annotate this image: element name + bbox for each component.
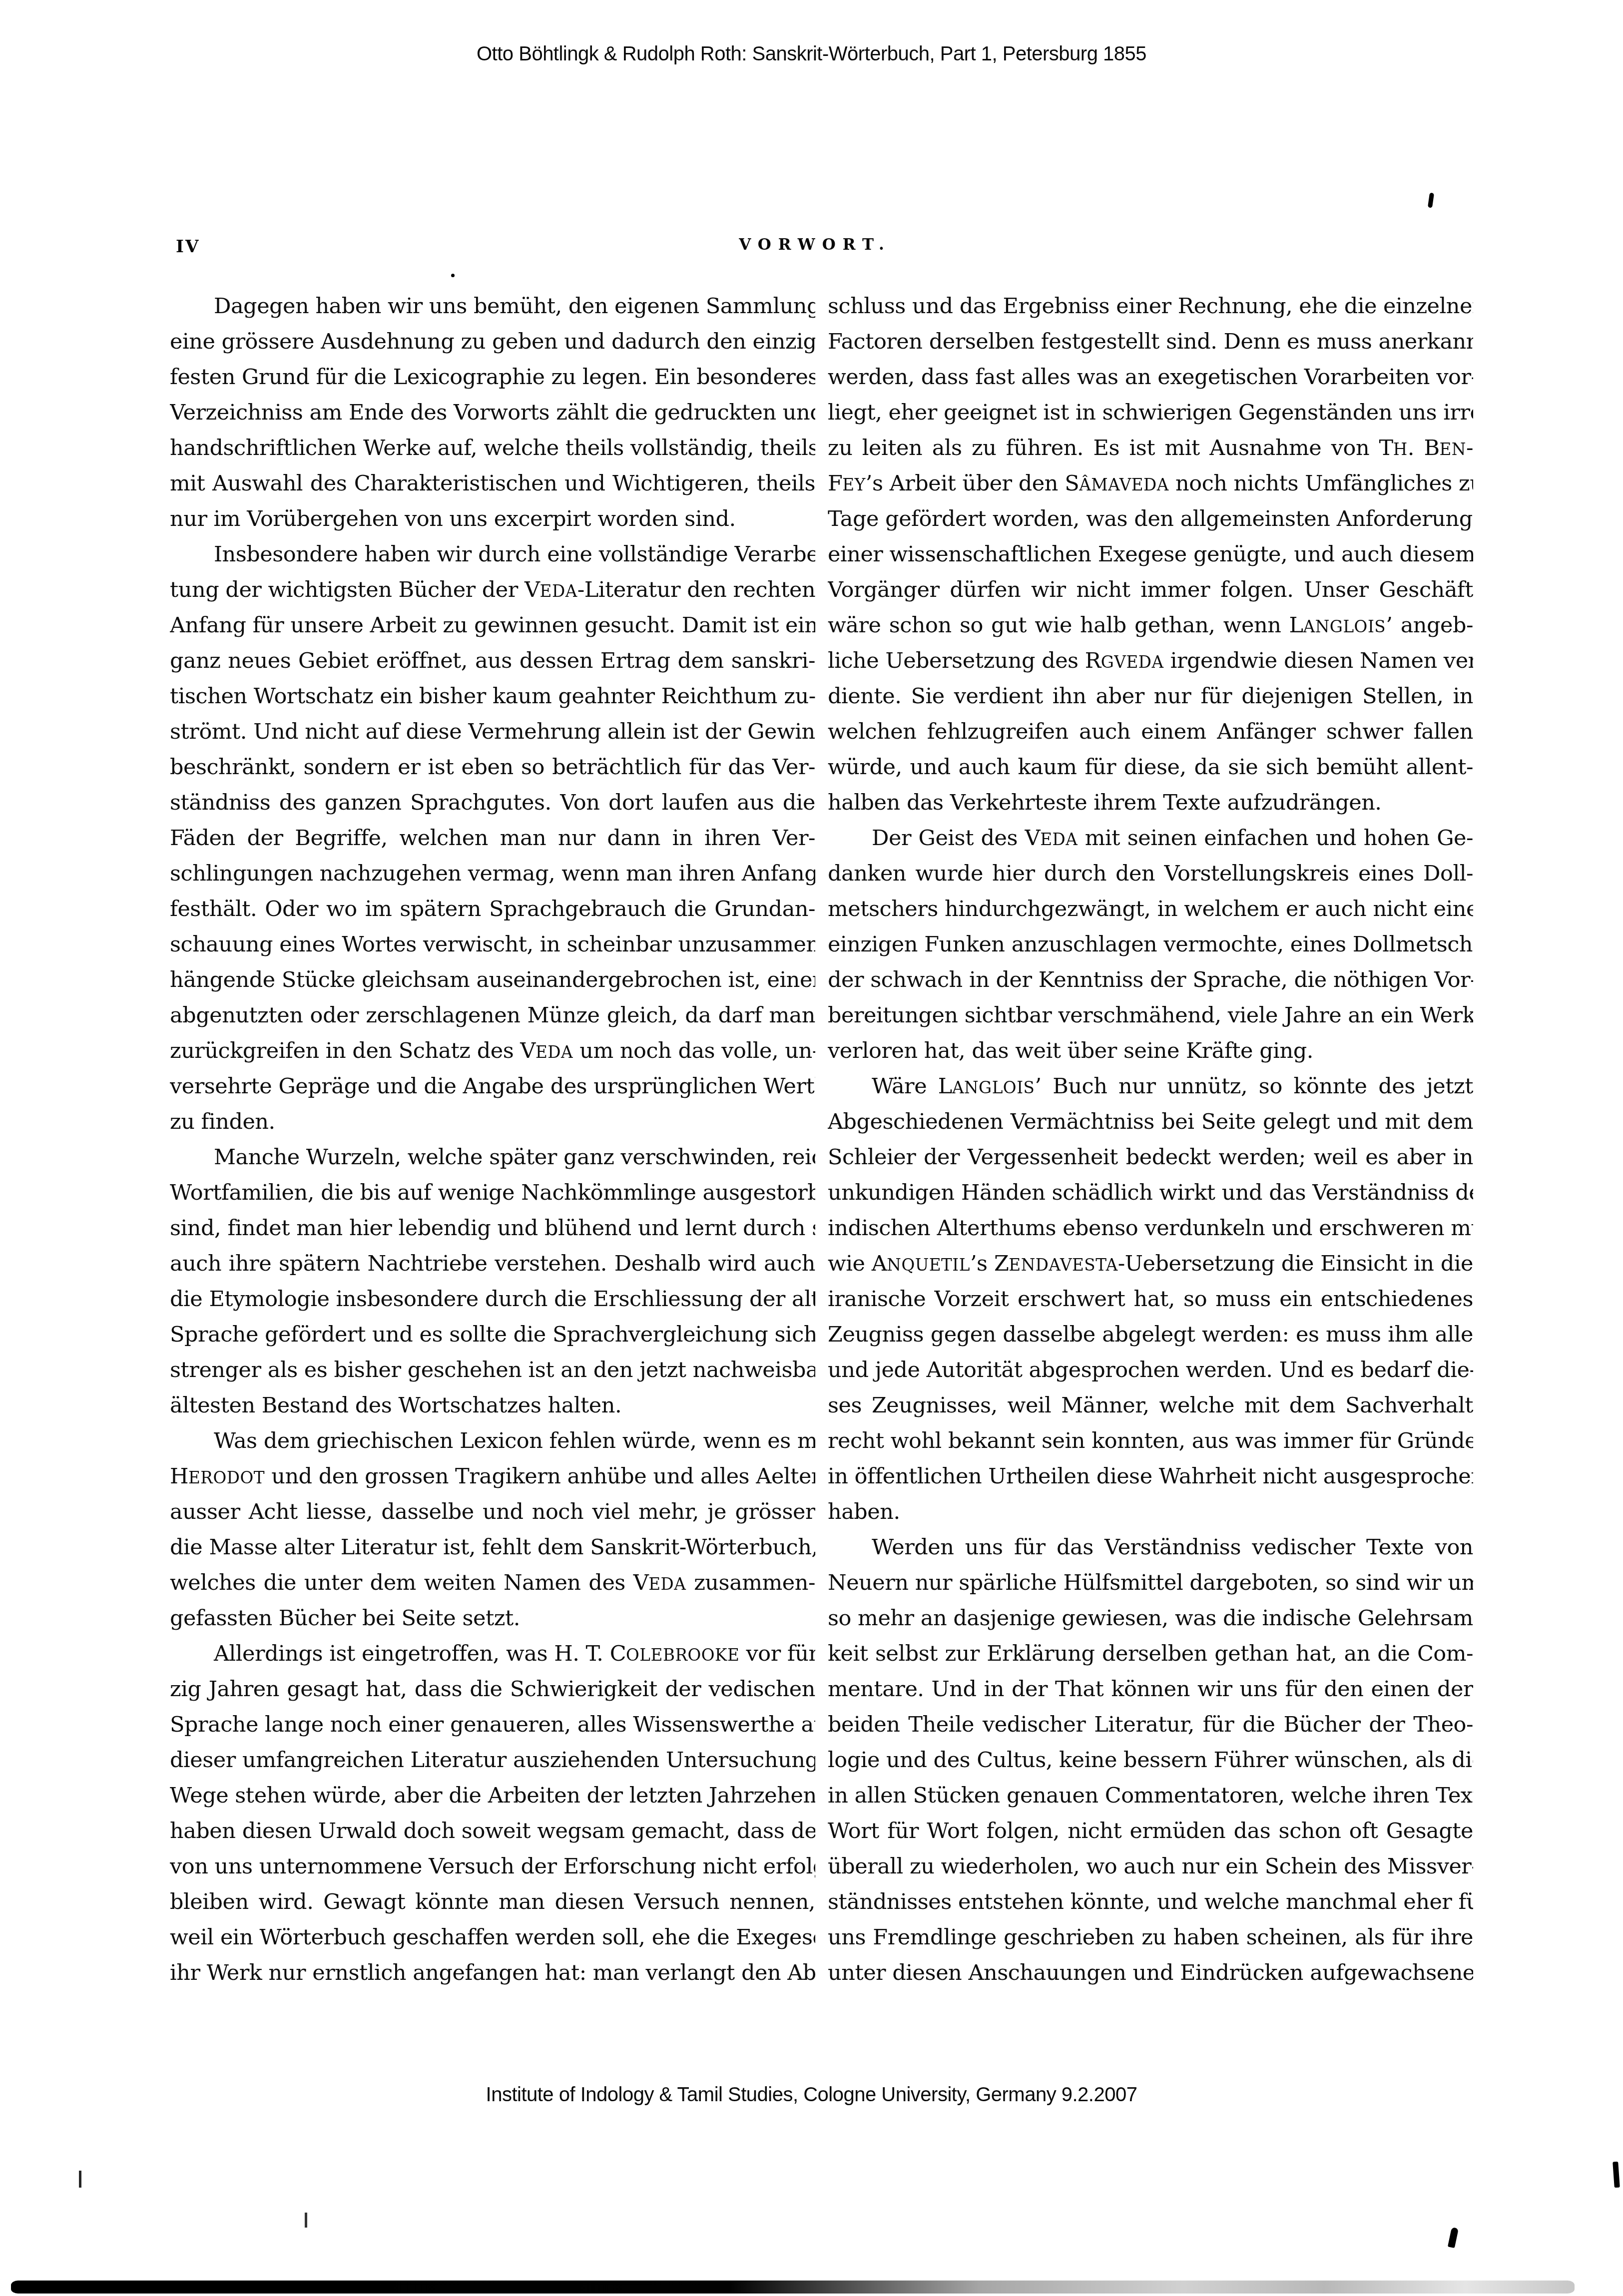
scan-artifact-speck (305, 2213, 307, 2228)
text-line: uns Fremdlinge geschrieben zu haben sche… (828, 1920, 1473, 1955)
text-line: Tage gefördert worden, was den allgemein… (828, 501, 1473, 537)
paragraph: Dagegen haben wir uns bemüht, den eigene… (170, 289, 815, 537)
text-line: Wort für Wort folgen, nicht ermüden das … (828, 1814, 1473, 1849)
text-line: logie und des Cultus, keine bessern Führ… (828, 1743, 1473, 1778)
text-line: die Masse alter Literatur ist, fehlt dem… (170, 1530, 815, 1565)
text-line: zu finden. (170, 1104, 815, 1140)
text-line: gefassten Bücher bei Seite setzt. (170, 1601, 815, 1636)
paragraph: Was dem griechischen Lexicon fehlen würd… (170, 1423, 815, 1636)
small-caps-name: EDA (540, 582, 577, 601)
text-line: welches die unter dem weiten Namen des V… (170, 1565, 815, 1601)
text-line: tischen Wortschatz ein bisher kaum geahn… (170, 679, 815, 714)
text-line: werden, dass fast alles was an exegetisc… (828, 360, 1473, 395)
text-line: Vorgänger dürfen wir nicht immer folgen.… (828, 572, 1473, 608)
small-caps-name: EY (842, 475, 865, 494)
paragraph: Manche Wurzeln, welche später ganz versc… (170, 1140, 815, 1423)
text-line: Factoren derselben festgestellt sind. De… (828, 324, 1473, 360)
text-line: Wege stehen würde, aber die Arbeiten der… (170, 1778, 815, 1814)
scan-artifact-speck (1613, 2162, 1620, 2188)
text-line: haben. (828, 1494, 1473, 1530)
text-line: zurückgreifen in den Schatz des VEDA um … (170, 1033, 815, 1069)
text-line: ältesten Bestand des Wortschatzes halten… (170, 1388, 815, 1423)
small-caps-name: ERODOT (188, 1468, 265, 1487)
scan-artifact-speck (79, 2171, 81, 2188)
text-line: recht wohl bekannt sein konnten, aus was… (828, 1423, 1473, 1459)
text-line: Schleier der Vergessenheit bedeckt werde… (828, 1140, 1473, 1175)
text-line: Abgeschiedenen Vermächtniss bei Seite ge… (828, 1104, 1473, 1140)
text-line: und jede Autorität abgesprochen werden. … (828, 1353, 1473, 1388)
small-caps-name: EDA (1040, 830, 1078, 849)
text-line: ganz neues Gebiet eröffnet, aus dessen E… (170, 643, 815, 679)
small-caps-name: ENDAVESTA (1009, 1256, 1118, 1275)
small-caps-name: EDA (536, 1043, 573, 1062)
text-line: ihr Werk nur ernstlich angefangen hat: m… (170, 1955, 815, 1991)
text-line: beiden Theile vedischer Literatur, für d… (828, 1707, 1473, 1743)
small-caps-name: ÂMAVEDA (1079, 475, 1169, 494)
text-line: wie ANQUETIL’s ZENDAVESTA-Uebersetzung d… (828, 1246, 1473, 1282)
text-line: iranische Vorzeit erschwert hat, so muss… (828, 1282, 1473, 1317)
text-line: Fäden der Begriffe, welchen man nur dann… (170, 821, 815, 856)
text-line: haben diesen Urwald doch soweit wegsam g… (170, 1814, 815, 1849)
text-line: diente. Sie verdient ihn aber nur für di… (828, 679, 1473, 714)
text-line: Neuern nur spärliche Hülfsmittel dargebo… (828, 1565, 1473, 1601)
text-line: bleiben wird. Gewagt könnte man diesen V… (170, 1884, 815, 1920)
text-line: mit Auswahl des Charakteristischen und W… (170, 466, 815, 501)
text-line: würde, und auch kaum für diese, da sie s… (828, 750, 1473, 785)
text-line: Zeugniss gegen dasselbe abgelegt werden:… (828, 1317, 1473, 1353)
text-line: HERODOT und den grossen Tragikern anhübe… (170, 1459, 815, 1494)
text-line: handschriftlichen Werke auf, welche thei… (170, 431, 815, 466)
text-line: Werden uns für das Verständniss vedische… (828, 1530, 1473, 1565)
text-line: auch ihre spätern Nachtriebe verstehen. … (170, 1246, 815, 1282)
text-line: festhält. Oder wo im spätern Sprachgebra… (170, 892, 815, 927)
text-line: strömt. Und nicht auf diese Vermehrung a… (170, 714, 815, 750)
text-line: schlingungen nachzugehen vermag, wenn ma… (170, 856, 815, 892)
section-title: VORWORT. (0, 236, 1623, 254)
text-line: ständnisses entstehen könnte, und welche… (828, 1884, 1473, 1920)
text-line: Der Geist des VEDA mit seinen einfachen … (828, 821, 1473, 856)
small-caps-name: ANGLOIS (952, 1078, 1035, 1097)
text-line: schauung eines Wortes verwischt, in sche… (170, 927, 815, 962)
small-caps-name: EDA (648, 1575, 686, 1594)
scan-artifact-bottom-smudge (11, 2281, 1575, 2294)
small-caps-name: GVEDA (1101, 653, 1164, 672)
text-line: verloren hat, das weit über seine Kräfte… (828, 1033, 1473, 1069)
text-line: nur im Vorübergehen von uns excerpirt wo… (170, 501, 815, 537)
small-caps-name: H (1393, 440, 1408, 459)
text-line: einzigen Funken anzuschlagen vermochte, … (828, 927, 1473, 962)
text-line: eine grössere Ausdehnung zu geben und da… (170, 324, 815, 360)
paragraph: schluss und das Ergebniss einer Rechnung… (828, 289, 1473, 821)
text-line: Manche Wurzeln, welche später ganz versc… (170, 1140, 815, 1175)
text-line: beschränkt, sondern er ist eben so beträ… (170, 750, 815, 785)
text-line: in öffentlichen Urtheilen diese Wahrheit… (828, 1459, 1473, 1494)
text-line: ausser Acht liesse, dasselbe und noch vi… (170, 1494, 815, 1530)
text-line: indischen Alterthums ebenso verdunkeln u… (828, 1211, 1473, 1246)
text-line: unter diesen Anschauungen und Eindrücken… (828, 1955, 1473, 1991)
text-line: so mehr an dasjenige gewiesen, was die i… (828, 1601, 1473, 1636)
text-line: mentare. Und in der That können wir uns … (828, 1672, 1473, 1707)
text-line: überall zu wiederholen, wo auch nur ein … (828, 1849, 1473, 1884)
text-line: ständniss des ganzen Sprachgutes. Von do… (170, 785, 815, 821)
text-line: dieser umfangreichen Literatur ausziehen… (170, 1743, 815, 1778)
text-line: Was dem griechischen Lexicon fehlen würd… (170, 1423, 815, 1459)
text-line: Wäre LANGLOIS’ Buch nur unnütz, so könnt… (828, 1069, 1473, 1104)
text-line: zu leiten als zu führen. Es ist mit Ausn… (828, 431, 1473, 466)
text-line: die Etymologie insbesondere durch die Er… (170, 1282, 815, 1317)
text-line: ses Zeugnisses, weil Männer, welche mit … (828, 1388, 1473, 1423)
small-caps-name: OLEBROOKE (626, 1646, 739, 1665)
scan-attribution-footer: Institute of Indology & Tamil Studies, C… (0, 2084, 1623, 2106)
text-line: einer wissenschaftlichen Exegese genügte… (828, 537, 1473, 572)
text-line: in allen Stücken genauen Commentatoren, … (828, 1778, 1473, 1814)
text-line: strenger als es bisher geschehen ist an … (170, 1353, 815, 1388)
paragraph: Der Geist des VEDA mit seinen einfachen … (828, 821, 1473, 1069)
text-line: Anfang für unsere Arbeit zu gewinnen ges… (170, 608, 815, 643)
paragraph: Wäre LANGLOIS’ Buch nur unnütz, so könnt… (828, 1069, 1473, 1530)
scanned-page: Otto Böhtlingk & Rudolph Roth: Sanskrit-… (0, 0, 1623, 2296)
text-line: Insbesondere haben wir durch eine vollst… (170, 537, 815, 572)
text-line: weil ein Wörterbuch geschaffen werden so… (170, 1920, 815, 1955)
scan-artifact-speck (451, 274, 455, 277)
text-line: Dagegen haben wir uns bemüht, den eigene… (170, 289, 815, 324)
text-line: welchen fehlzugreifen auch einem Anfänge… (828, 714, 1473, 750)
text-line: bereitungen sichtbar verschmähend, viele… (828, 998, 1473, 1033)
text-column-left: Dagegen haben wir uns bemüht, den eigene… (170, 289, 815, 1991)
text-line: unkundigen Händen schädlich wirkt und da… (828, 1175, 1473, 1211)
scan-artifact-speck (1448, 2227, 1459, 2248)
text-line: FEY’s Arbeit über den SÂMAVEDA noch nich… (828, 466, 1473, 501)
text-line: Sprache lange noch einer genaueren, alle… (170, 1707, 815, 1743)
text-line: Allerdings ist eingetroffen, was H. T. C… (170, 1636, 815, 1672)
text-line: wäre schon so gut wie halb gethan, wenn … (828, 608, 1473, 643)
paragraph: Insbesondere haben wir durch eine vollst… (170, 537, 815, 1140)
text-line: danken wurde hier durch den Vorstellungs… (828, 856, 1473, 892)
text-line: liche Uebersetzung des RGVEDA irgendwie … (828, 643, 1473, 679)
text-line: metschers hindurchgezwängt, in welchem e… (828, 892, 1473, 927)
text-line: sind, findet man hier lebendig und blühe… (170, 1211, 815, 1246)
scan-artifact-speck (1428, 193, 1434, 208)
text-line: keit selbst zur Erklärung derselben geth… (828, 1636, 1473, 1672)
scan-attribution-header: Otto Böhtlingk & Rudolph Roth: Sanskrit-… (0, 43, 1623, 65)
small-caps-name: EN (1440, 440, 1466, 459)
text-column-right: schluss und das Ergebniss einer Rechnung… (828, 289, 1473, 1991)
text-line: Verzeichniss am Ende des Vorworts zählt … (170, 395, 815, 431)
small-caps-name: ANGLOIS (1303, 617, 1386, 636)
text-line: abgenutzten oder zerschlagenen Münze gle… (170, 998, 815, 1033)
text-line: von uns unternommene Versuch der Erforsc… (170, 1849, 815, 1884)
text-line: Sprache gefördert und es sollte die Spra… (170, 1317, 815, 1353)
text-line: zig Jahren gesagt hat, dass die Schwieri… (170, 1672, 815, 1707)
text-line: tung der wichtigsten Bücher der VEDA-Lit… (170, 572, 815, 608)
text-line: versehrte Gepräge und die Angabe des urs… (170, 1069, 815, 1104)
small-caps-name: NQUETIL (887, 1256, 970, 1275)
text-line: festen Grund für die Lexicographie zu le… (170, 360, 815, 395)
text-line: hängende Stücke gleichsam auseinandergeb… (170, 962, 815, 998)
text-line: der schwach in der Kenntniss der Sprache… (828, 962, 1473, 998)
paragraph: Werden uns für das Verständniss vedische… (828, 1530, 1473, 1991)
text-line: halben das Verkehrteste ihrem Texte aufz… (828, 785, 1473, 821)
paragraph: Allerdings ist eingetroffen, was H. T. C… (170, 1636, 815, 1991)
text-line: liegt, eher geeignet ist in schwierigen … (828, 395, 1473, 431)
text-line: Wortfamilien, die bis auf wenige Nachköm… (170, 1175, 815, 1211)
text-line: schluss und das Ergebniss einer Rechnung… (828, 289, 1473, 324)
